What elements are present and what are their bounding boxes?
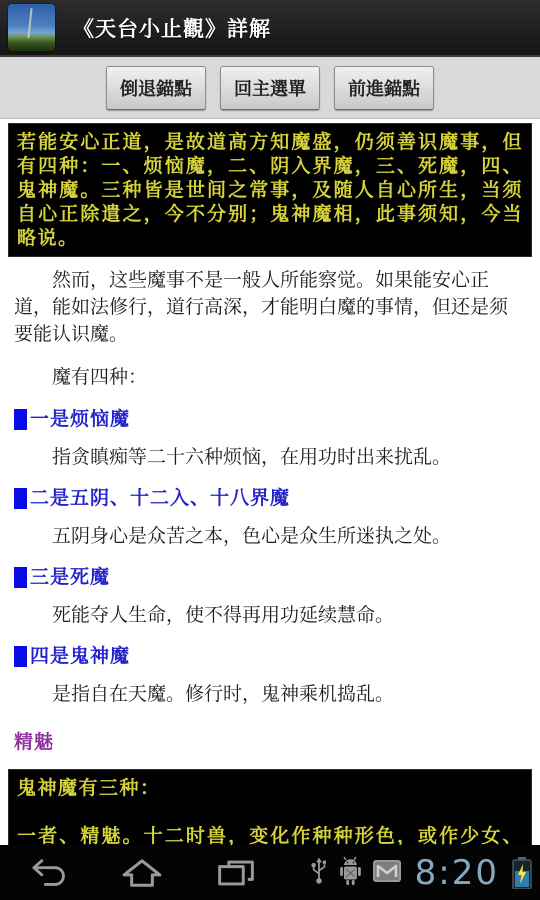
system-nav-bar: 8:20	[0, 845, 540, 900]
forward-anchor-button[interactable]: 前進錨點	[334, 66, 434, 110]
section-heading-label: 三是死魔	[30, 566, 110, 588]
section-body: 指贪瞋痴等二十六种烦恼，在用功时出来扰乱。	[52, 445, 526, 470]
usb-icon	[310, 856, 328, 890]
quote-line: 一者、精魅。十二时兽，变化作种种形色，或作少女、老宿之形，乃至可畏身等非一，恼惑…	[17, 824, 523, 845]
blue-square-bullet-icon	[14, 409, 27, 430]
blue-square-bullet-icon	[14, 488, 27, 509]
main-menu-button[interactable]: 回主選單	[220, 66, 320, 110]
blue-square-bullet-icon	[14, 646, 27, 667]
status-clock: 8:20	[415, 856, 499, 890]
quote-line: 鬼神魔有三种：	[17, 776, 523, 800]
battery-charging-icon	[512, 857, 532, 889]
nav-buttons	[26, 857, 258, 889]
blue-square-bullet-icon	[14, 567, 27, 588]
section-body: 五阴身心是众苦之本，色心是众生所迷执之处。	[52, 524, 526, 549]
section-heading-label: 二是五阴、十二入、十八界魔	[30, 487, 290, 509]
status-icons: 8:20	[310, 856, 532, 890]
back-icon[interactable]	[26, 857, 70, 889]
section-body: 是指自在天魔。修行时，鬼神乘机捣乱。	[52, 682, 526, 707]
section-heading-1: 一是烦恼魔	[14, 408, 526, 430]
section-heading-label: 一是烦恼魔	[30, 408, 130, 430]
gmail-icon	[372, 859, 402, 887]
page-title: 《天台小止觀》詳解	[73, 13, 271, 43]
anchor-toolbar: 倒退錨點 回主選單 前進錨點	[0, 57, 540, 119]
scripture-quote-box-2: 鬼神魔有三种： 一者、精魅。十二时兽，变化作种种形色，或作少女、老宿之形，乃至可…	[8, 769, 532, 845]
app-icon	[8, 4, 55, 51]
commentary-paragraph: 然而，这些魔事不是一般人所能察觉。如果能安心正道，能如法修行，道行高深，才能明白…	[14, 267, 526, 348]
section-heading-2: 二是五阴、十二入、十八界魔	[14, 487, 526, 509]
android-adb-icon	[337, 856, 363, 890]
back-anchor-button[interactable]: 倒退錨點	[106, 66, 206, 110]
section-heading-3: 三是死魔	[14, 566, 526, 588]
title-bar: 《天台小止觀》詳解	[0, 0, 540, 57]
sub-heading-jingmei: 精魅	[14, 727, 526, 754]
recent-apps-icon[interactable]	[214, 857, 258, 889]
section-heading-label: 四是鬼神魔	[30, 645, 130, 667]
section-heading-4: 四是鬼神魔	[14, 645, 526, 667]
scripture-quote-box: 若能安心正道，是故道高方知魔盛，仍须善识魔事，但有四种：一、烦恼魔，二、阴入界魔…	[8, 123, 532, 257]
home-icon[interactable]	[120, 857, 164, 889]
app-screen: 《天台小止觀》詳解 倒退錨點 回主選單 前進錨點 若能安心正道，是故道高方知魔盛…	[0, 0, 540, 900]
document-scroll-area[interactable]: 若能安心正道，是故道高方知魔盛，仍须善识魔事，但有四种：一、烦恼魔，二、阴入界魔…	[0, 119, 540, 845]
commentary-paragraph: 魔有四种：	[14, 364, 526, 391]
section-body: 死能夺人生命，使不得再用功延续慧命。	[52, 603, 526, 628]
